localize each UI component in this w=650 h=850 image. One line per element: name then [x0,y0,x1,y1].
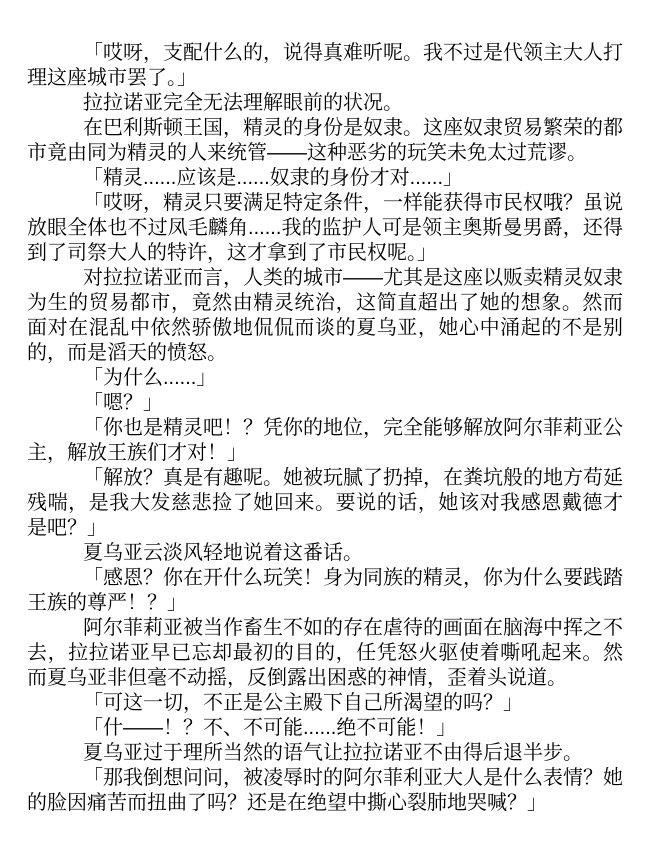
novel-text: 「哎呀，支配什么的，说得真难听呢。我不过是代领主大人打理这座城市罢了。」拉拉诺亚… [27,41,623,816]
paragraph: 「你也是精灵吧！？凭你的地位，完全能够解放阿尔菲莉亚公主，解放王族们才对！」 [27,416,623,466]
paragraph: 「感恩？你在开什么玩笑！身为同族的精灵，你为什么要践踏王族的尊严！？」 [27,566,623,616]
paragraph: 对拉拉诺亚而言，人类的城市——尤其是这座以贩卖精灵奴隶为生的贸易都市，竟然由精灵… [27,266,623,366]
paragraph: 「精灵......应该是......奴隶的身份才对......」 [27,166,623,191]
paragraph: 拉拉诺亚完全无法理解眼前的状况。 [27,91,623,116]
paragraph: 「哎呀，支配什么的，说得真难听呢。我不过是代领主大人打理这座城市罢了。」 [27,41,623,91]
paragraph: 夏乌亚云淡风轻地说着这番话。 [27,541,623,566]
paragraph: 「哎呀，精灵只要满足特定条件，一样能获得市民权哦？虽说放眼全体也不过凤毛麟角..… [27,191,623,266]
paragraph: 「那我倒想问问，被凌辱时的阿尔菲利亚大人是什么表情？她的脸因痛苦而扭曲了吗？还是… [27,766,623,816]
paragraph: 在巴利斯顿王国，精灵的身份是奴隶。这座奴隶贸易繁荣的都市竟由同为精灵的人来统管—… [27,116,623,166]
paragraph: 「解放？真是有趣呢。她被玩腻了扔掉，在粪坑般的地方苟延残喘，是我大发慈悲捡了她回… [27,466,623,541]
paragraph: 「可这一切，不正是公主殿下自己所渴望的吗？」 [27,691,623,716]
paragraph: 「什——！？不、不可能......绝不可能！」 [27,716,623,741]
paragraph: 「嗯？」 [27,391,623,416]
reader-page: 「哎呀，支配什么的，说得真难听呢。我不过是代领主大人打理这座城市罢了。」拉拉诺亚… [0,0,650,850]
paragraph: 阿尔菲莉亚被当作畜生不如的存在虐待的画面在脑海中挥之不去，拉拉诺亚早已忘却最初的… [27,616,623,691]
paragraph: 夏乌亚过于理所当然的语气让拉拉诺亚不由得后退半步。 [27,741,623,766]
paragraph: 「为什么......」 [27,366,623,391]
